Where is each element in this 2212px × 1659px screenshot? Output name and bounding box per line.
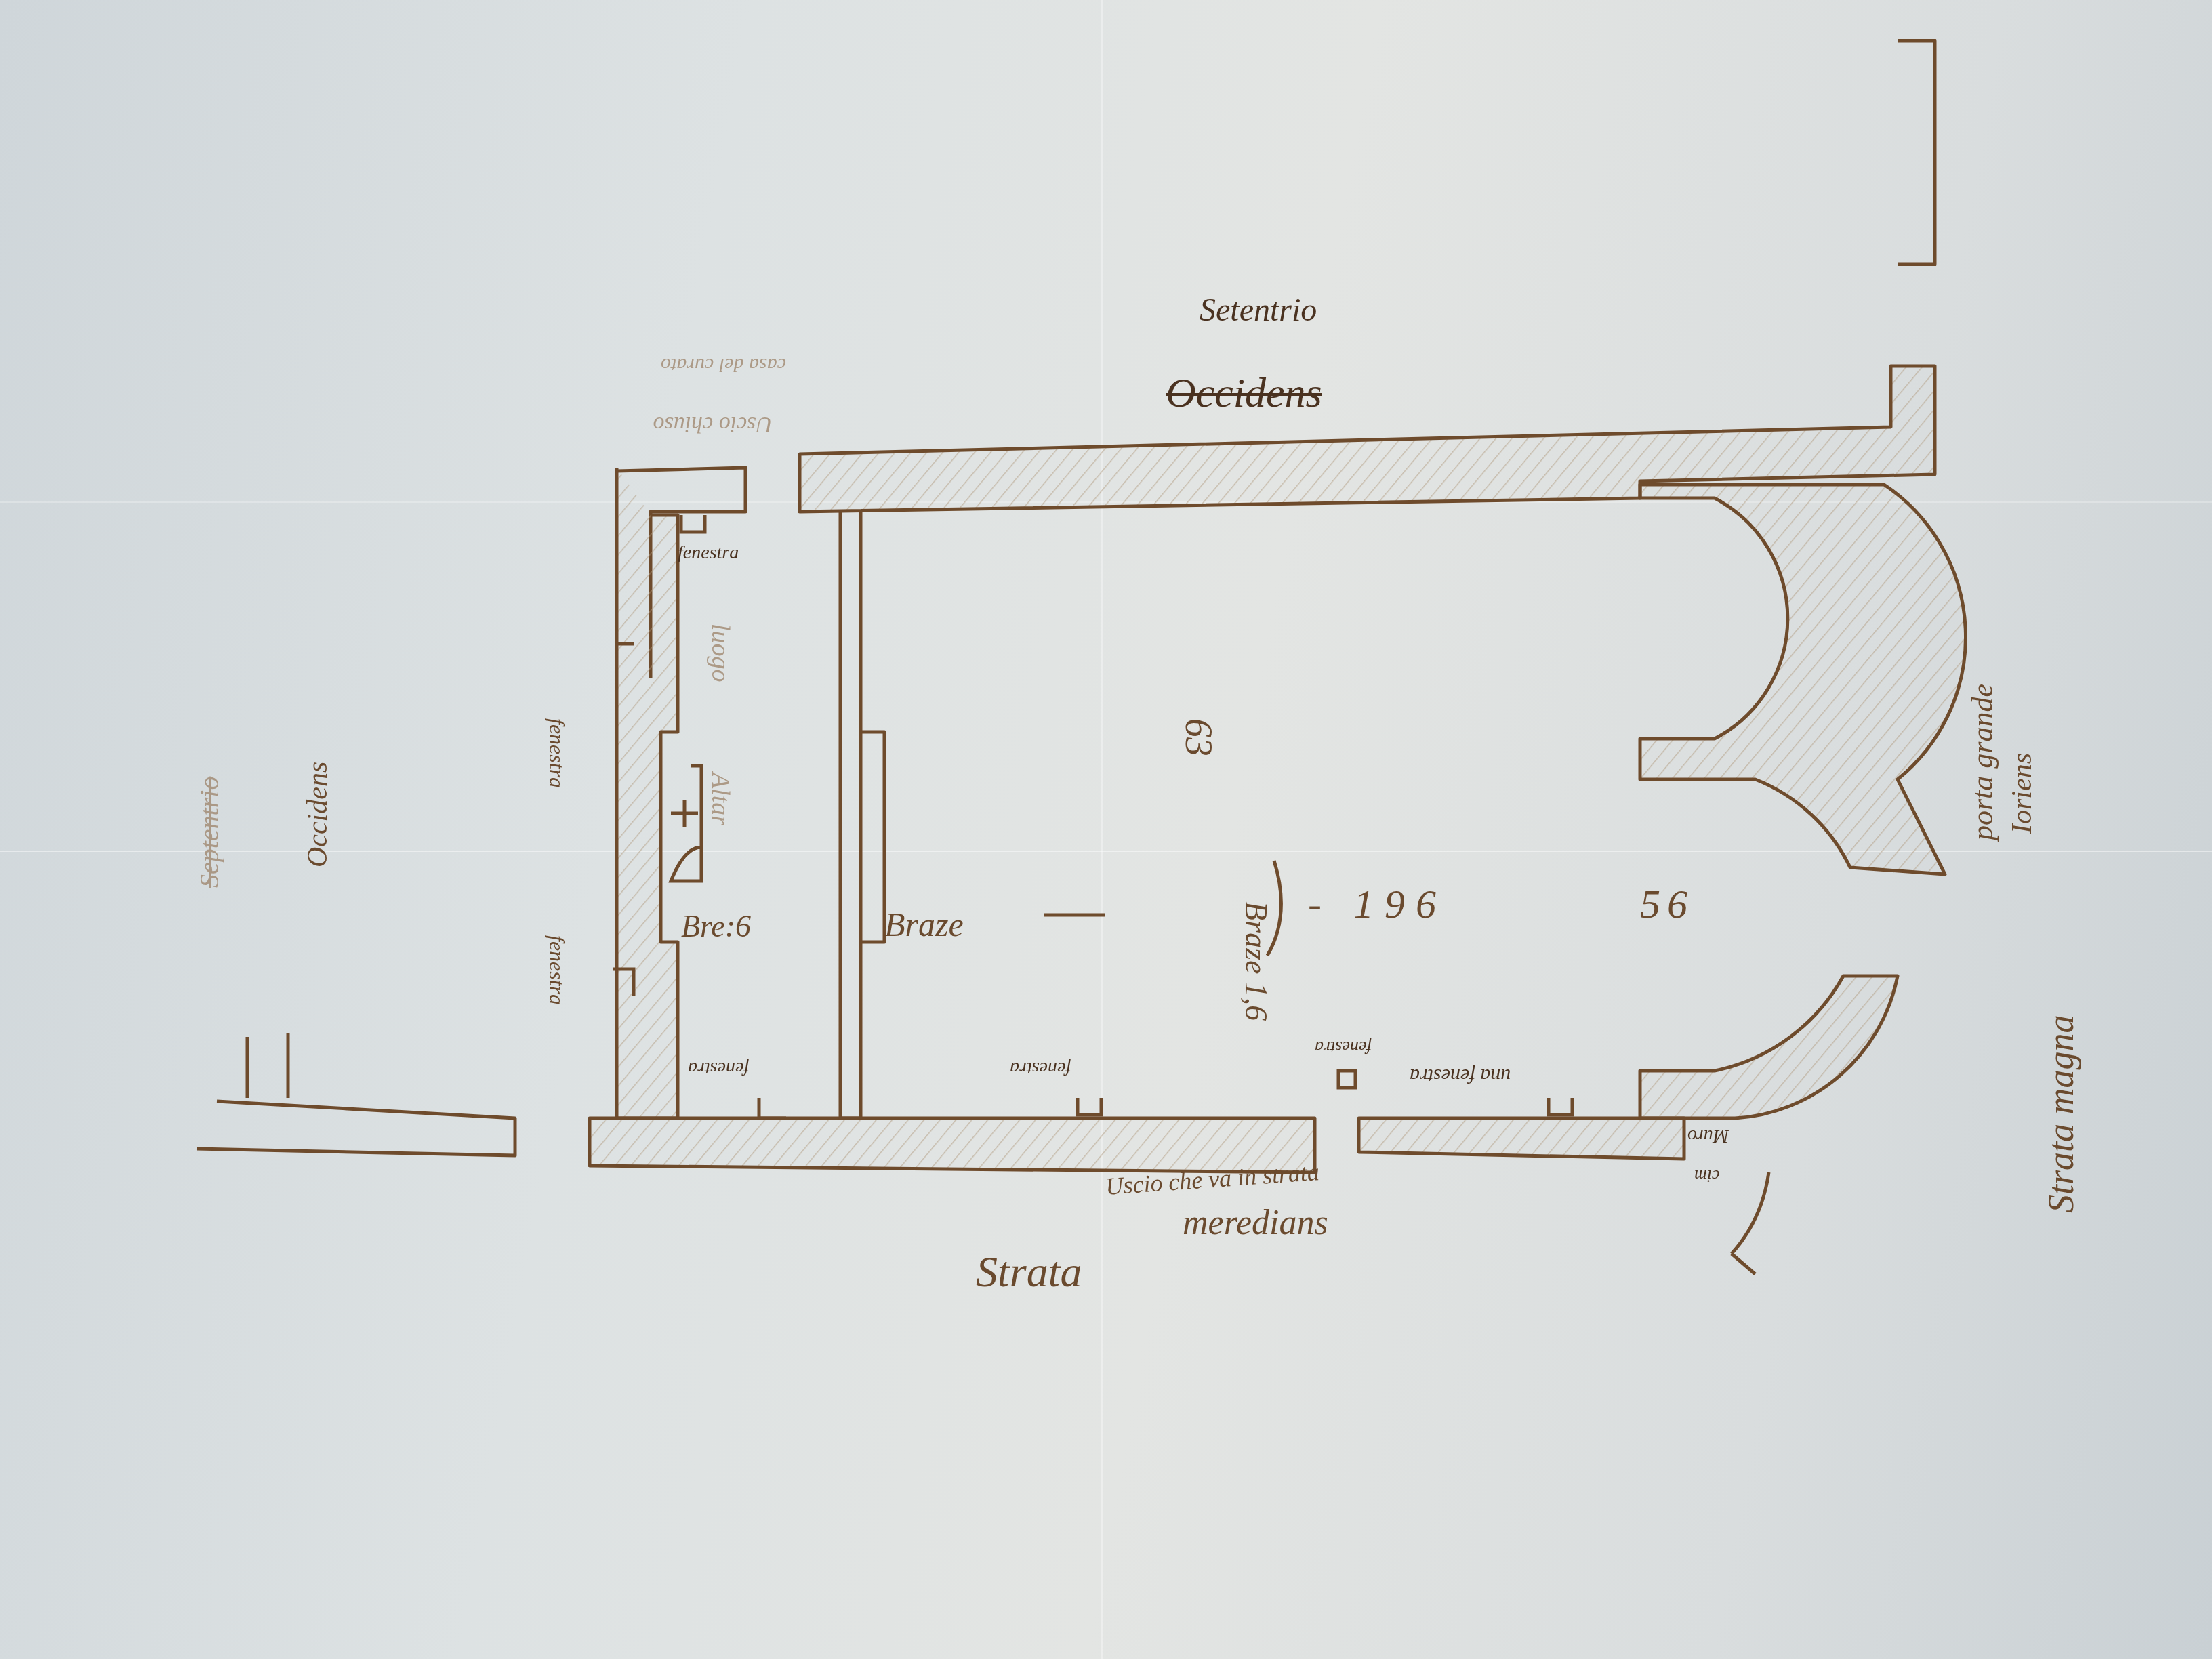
small-window-label: fenestra [1315, 1037, 1372, 1057]
window-marker [681, 515, 705, 532]
neighbor-wall [197, 1101, 515, 1155]
window-marker [1078, 1098, 1101, 1115]
compass-west-label: Occidens [302, 762, 334, 867]
window-label-south-2: fenestra [1010, 1057, 1071, 1079]
nave-height-label: 63 [1176, 718, 1220, 756]
window-label-south-1: fenestra [688, 1057, 749, 1079]
window-marker [1338, 1071, 1355, 1088]
south-wall-left [590, 1118, 1315, 1172]
compass-west-struck-label: Septentrio [193, 777, 225, 888]
street-east-label: Strata magna [2040, 1015, 2082, 1213]
altar-cross-icon [671, 800, 698, 827]
door-north-label: Uscio chiuso [653, 411, 773, 437]
compass-south-label: meredians [1183, 1203, 1328, 1243]
window-label-south-3: una fenestra [1410, 1064, 1511, 1087]
apse-dimension-label: 56 [1640, 881, 1694, 928]
north-east-fragment [1898, 41, 1935, 264]
window-marker [759, 1098, 786, 1118]
sacristy-width-label: Bre:6 [681, 908, 751, 944]
sacristy-altar-label: Altar [705, 773, 735, 825]
door-north-label-2: casa del curato [661, 353, 786, 376]
main-door-label-2: Ioriens [2006, 753, 2039, 834]
west-wall [617, 468, 678, 1118]
compass-north-label: Setentrio [1200, 291, 1317, 329]
sacristy-note: luogo [705, 623, 735, 682]
window-label-west-1: fenestra [544, 718, 569, 788]
apse-upper [1640, 485, 1966, 874]
partition-niche [861, 732, 884, 942]
nave-length-label: - 196 [1308, 881, 1447, 928]
window-marker [1549, 1098, 1572, 1115]
nave-width-dimension: Braze 1,6 [1238, 901, 1274, 1021]
nave-width-label: Braze [884, 905, 964, 944]
apse-lower [1640, 976, 1898, 1118]
inner-partition [840, 512, 861, 1118]
corner-note-2: cim [1694, 1166, 1720, 1186]
window-label-west-2: fenestra [544, 935, 569, 1005]
south-wall-right [1359, 1118, 1684, 1159]
window-label-sacristy-1: fenestra [678, 542, 739, 564]
compass-north-struck-label: Occidens [1166, 369, 1322, 417]
main-door-label: porta grande [1965, 684, 2000, 840]
corner-note: Muro [1687, 1125, 1729, 1147]
street-south-label: Strata [976, 1247, 1082, 1297]
